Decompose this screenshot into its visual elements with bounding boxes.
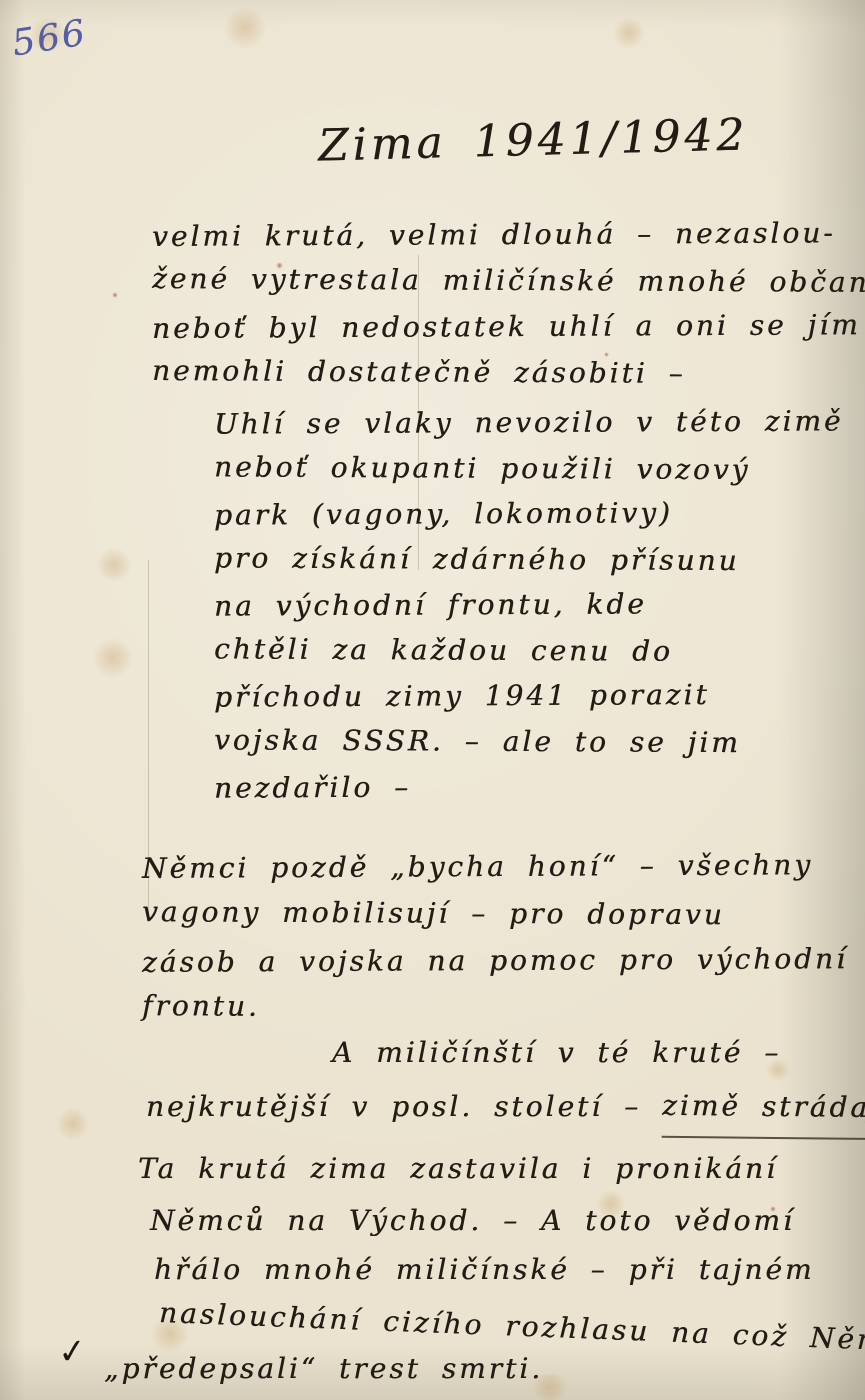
page-title: Zima 1941/1942 bbox=[317, 112, 748, 169]
paper-stain bbox=[56, 1108, 90, 1140]
handwritten-line: chtěli za každou cenu do bbox=[214, 626, 844, 675]
handwritten-line: neboť okupanti použili vozový bbox=[214, 444, 844, 493]
paper-stain bbox=[612, 18, 646, 48]
paper-stain bbox=[92, 638, 134, 678]
handwritten-line: „předepsali“ trest smrti. bbox=[104, 1346, 543, 1392]
paragraph-germans-mobilize: Němci pozdě „bycha honí“ – všechny vagon… bbox=[142, 843, 848, 1031]
handwritten-line: zásob a vojska na pomoc pro východní bbox=[142, 935, 848, 986]
handwritten-line: nemohli dostatečně zásobiti – bbox=[152, 348, 865, 398]
underlined-phrase: zimě strádají bbox=[662, 1083, 865, 1140]
handwritten-line: neboť byl nedostatek uhlí a oni se jím bbox=[152, 302, 865, 352]
handwritten-line: Uhlí se vlaky nevozilo v této zimě bbox=[214, 398, 844, 447]
page-number: 566 bbox=[9, 12, 89, 64]
paper-stain bbox=[96, 548, 132, 582]
handwritten-line: nezdařilo – bbox=[214, 762, 844, 811]
handwritten-line: příchodu zimy 1941 porazit bbox=[214, 671, 844, 720]
scanned-page: 566 Zima 1941/1942 velmi krutá, velmi dl… bbox=[0, 0, 865, 1400]
paragraph-indented-coal: Uhlí se vlaky nevozilo v této zimě neboť… bbox=[214, 400, 844, 810]
paper-stain bbox=[222, 8, 268, 48]
handwritten-line: na východní frontu, kde bbox=[214, 580, 844, 629]
handwritten-line: frontu. bbox=[142, 982, 848, 1033]
checkmark-annotation: ✓ bbox=[56, 1331, 89, 1374]
handwritten-line: park (vagony, lokomotivy) bbox=[214, 489, 844, 538]
handwritten-line: nejkrutější v posl. století – zimě strád… bbox=[146, 1084, 865, 1139]
handwritten-line: žené vytrestala miličínské mnohé občany, bbox=[152, 256, 865, 306]
handwritten-line: pro získání zdárného přísunu bbox=[214, 535, 844, 584]
line-text: nejkrutější v posl. století – bbox=[146, 1090, 662, 1123]
handwritten-line: hřálo mnohé miličínské – při tajném bbox=[154, 1247, 815, 1293]
handwritten-line: vagony mobilisují – pro dopravu bbox=[142, 888, 848, 939]
handwritten-line: vojska SSSR. – ale to se jim bbox=[214, 717, 844, 766]
handwritten-line: velmi krutá, velmi dlouhá – nezaslou- bbox=[152, 210, 865, 260]
handwritten-line: Ta krutá zima zastavila i pronikání bbox=[138, 1146, 778, 1192]
paragraph-intro: velmi krutá, velmi dlouhá – nezaslou- že… bbox=[152, 212, 865, 396]
handwritten-line: A miličínští v té kruté – bbox=[332, 1030, 781, 1076]
handwritten-line: Němci pozdě „bycha honí“ – všechny bbox=[142, 841, 848, 892]
ink-speck bbox=[112, 292, 118, 298]
handwritten-line: Němců na Východ. – A toto vědomí bbox=[150, 1198, 795, 1244]
